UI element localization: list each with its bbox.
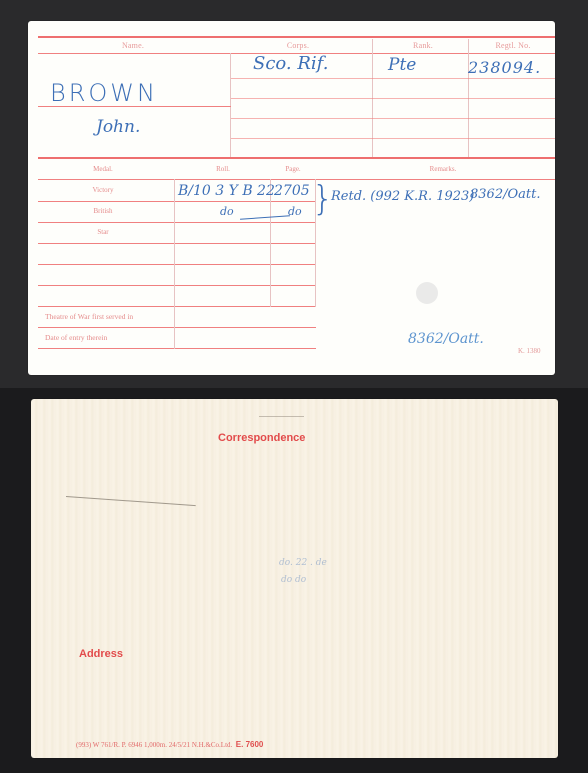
card-reference: K. 1380 (518, 347, 541, 355)
medal-row-rule-6 (38, 306, 316, 307)
header-name: Name. (88, 41, 178, 50)
british-roll: do (220, 205, 234, 218)
entry-rule-4 (231, 138, 555, 139)
date-entry-rule (38, 348, 316, 349)
header-roll: Roll. (188, 165, 258, 173)
medal-row-rule-2 (38, 222, 316, 223)
imprint-code: E. 7600 (236, 740, 264, 749)
rank-value: Pte (388, 55, 416, 75)
corps-value: Sco. Rif. (253, 53, 328, 74)
correspondence-label: Correspondence (218, 432, 305, 444)
name-corps-divider (230, 53, 231, 157)
ditto-stroke (240, 215, 290, 219)
medal-victory: Victory (68, 186, 138, 194)
regtl-no-value: 238094. (468, 58, 541, 77)
remarks-ref: 8362/Oatt. (470, 187, 540, 202)
forename: John. (96, 117, 140, 137)
faint-mark-1: do. 22 . de (279, 558, 327, 568)
medal-header-rule (38, 179, 555, 180)
victory-page: 2705 (274, 183, 310, 199)
header-regtl-no: Regtl. No. (473, 41, 553, 50)
pencil-mark-top (259, 416, 304, 417)
medal-roll-divider (174, 179, 175, 349)
imprint-text: (993) W 761/R. P. 6946 1,000m. 24/5/21 N… (76, 741, 232, 749)
entry-rule-1 (231, 78, 555, 79)
paper-stain (416, 282, 438, 304)
medal-row-rule-4 (38, 264, 316, 265)
theatre-label: Theatre of War first served in (45, 312, 185, 321)
medal-card-back: Correspondence do. 22 . de do do Address… (31, 399, 558, 758)
entry-rule-3 (231, 118, 555, 119)
top-rule (38, 36, 555, 38)
name-header-rule (38, 53, 231, 54)
header-corps: Corps. (258, 41, 338, 50)
victory-roll: B/10 3 Y B 22 (178, 183, 275, 199)
medal-row-rule-3 (38, 243, 316, 244)
address-label: Address (79, 648, 123, 660)
faint-mark-2: do do (281, 575, 306, 585)
medal-british: British (68, 207, 138, 215)
date-entry-label: Date of entry therein (45, 333, 185, 342)
bottom-annotation: 8362/Oatt. (408, 331, 484, 347)
medal-star: Star (68, 228, 138, 236)
medal-section-rule (38, 157, 555, 159)
pencil-mark (66, 496, 196, 506)
theatre-rule (38, 327, 316, 328)
medal-card-front: Name. Corps. Rank. Regtl. No. BROWN John… (28, 21, 555, 375)
header-rank: Rank. (388, 41, 458, 50)
british-page: do (288, 205, 302, 218)
surname: BROWN (50, 79, 158, 107)
printer-imprint: (993) W 761/R. P. 6946 1,000m. 24/5/21 N… (76, 740, 263, 749)
medal-row-rule-5 (38, 285, 316, 286)
header-medal: Medal. (68, 165, 138, 173)
entry-rule-2 (231, 98, 555, 99)
header-remarks: Remarks. (398, 165, 488, 173)
header-page: Page. (273, 165, 313, 173)
remarks-value: Retd. (992 K.R. 1923) (331, 189, 474, 204)
medal-row-rule-1 (38, 201, 316, 202)
